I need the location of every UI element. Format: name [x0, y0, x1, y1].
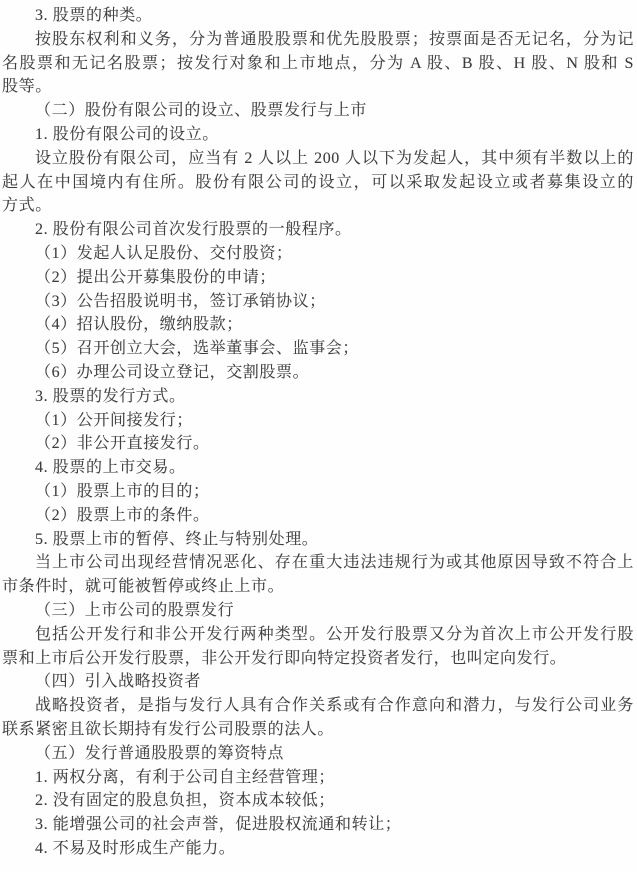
paragraph-line: 战略投资者，是指与发行人具有合作关系或有合作意向和潜力，与发行公司业务 [2, 694, 634, 718]
list-item-line: （2）非公开直接发行。 [2, 432, 634, 456]
numbered-heading-line: 1. 股份有限公司的设立。 [2, 123, 634, 147]
document-page: 3. 股票的种类。按股东权利和义务，分为普通股股票和优先股股票；按票面是否无记名… [0, 0, 637, 872]
section-heading-line: （二）股份有限公司的设立、股票发行与上市 [2, 99, 634, 123]
list-item-line: （1）公开间接发行； [2, 409, 634, 433]
paragraph-line: 起人在中国境内有住所。股份有限公司的设立，可以采取发起设立或者募集设立的 [2, 171, 634, 195]
list-item-line: （1）发起人认足股份、交付股资； [2, 242, 634, 266]
numbered-heading-line: 3. 股票的种类。 [2, 4, 634, 28]
paragraph-line: 联系紧密且欲长期持有发行公司股票的法人。 [2, 718, 634, 742]
numbered-item-line: 3. 能增强公司的社会声誉，促进股权流通和转让； [2, 813, 634, 837]
paragraph-line: 设立股份有限公司，应当有 2 人以上 200 人以下为发起人，其中须有半数以上的… [2, 147, 634, 171]
numbered-item-line: 2. 没有固定的股息负担，资本成本较低； [2, 789, 634, 813]
paragraph-line: 股等。 [2, 75, 634, 99]
section-heading-line: （三）上市公司的股票发行 [2, 599, 634, 623]
paragraph-line: 包括公开发行和非公开发行两种类型。公开发行股票又分为首次上市公开发行股 [2, 623, 634, 647]
numbered-heading-line: 2. 股份有限公司首次发行股票的一般程序。 [2, 218, 634, 242]
paragraph-line: 按股东权利和义务，分为普通股股票和优先股股票；按票面是否无记名，分为记 [2, 28, 634, 52]
paragraph-line: 当上市公司出现经营情况恶化、存在重大违法违规行为或其他原因导致不符合上 [2, 551, 634, 575]
list-item-line: （2）股票上市的条件。 [2, 504, 634, 528]
paragraph-line: 市条件时，就可能被暂停或终止上市。 [2, 575, 634, 599]
numbered-heading-line: 3. 股票的发行方式。 [2, 385, 634, 409]
section-heading-line: （五）发行普通股股票的筹资特点 [2, 742, 634, 766]
paragraph-line: 方式。 [2, 194, 634, 218]
list-item-line: （2）提出公开募集股份的申请； [2, 266, 634, 290]
numbered-item-line: 4. 不易及时形成生产能力。 [2, 837, 634, 861]
list-item-line: （3）公告招股说明书，签订承销协议； [2, 290, 634, 314]
numbered-heading-line: 5. 股票上市的暂停、终止与特别处理。 [2, 528, 634, 552]
list-item-line: （1）股票上市的目的； [2, 480, 634, 504]
paragraph-line: 票和上市后公开发行股票，非公开发行即向特定投资者发行，也叫定向发行。 [2, 647, 634, 671]
list-item-line: （6）办理公司设立登记，交割股票。 [2, 361, 634, 385]
section-heading-line: （四）引入战略投资者 [2, 670, 634, 694]
list-item-line: （5）召开创立大会，选举董事会、监事会； [2, 337, 634, 361]
document-text-block: 3. 股票的种类。按股东权利和义务，分为普通股股票和优先股股票；按票面是否无记名… [2, 4, 634, 861]
paragraph-line: 名股票和无记名股票；按发行对象和上市地点，分为 A 股、B 股、H 股、N 股和… [2, 52, 634, 76]
list-item-line: （4）招认股份，缴纳股款； [2, 313, 634, 337]
numbered-item-line: 1. 两权分离，有利于公司自主经营管理； [2, 766, 634, 790]
numbered-heading-line: 4. 股票的上市交易。 [2, 456, 634, 480]
